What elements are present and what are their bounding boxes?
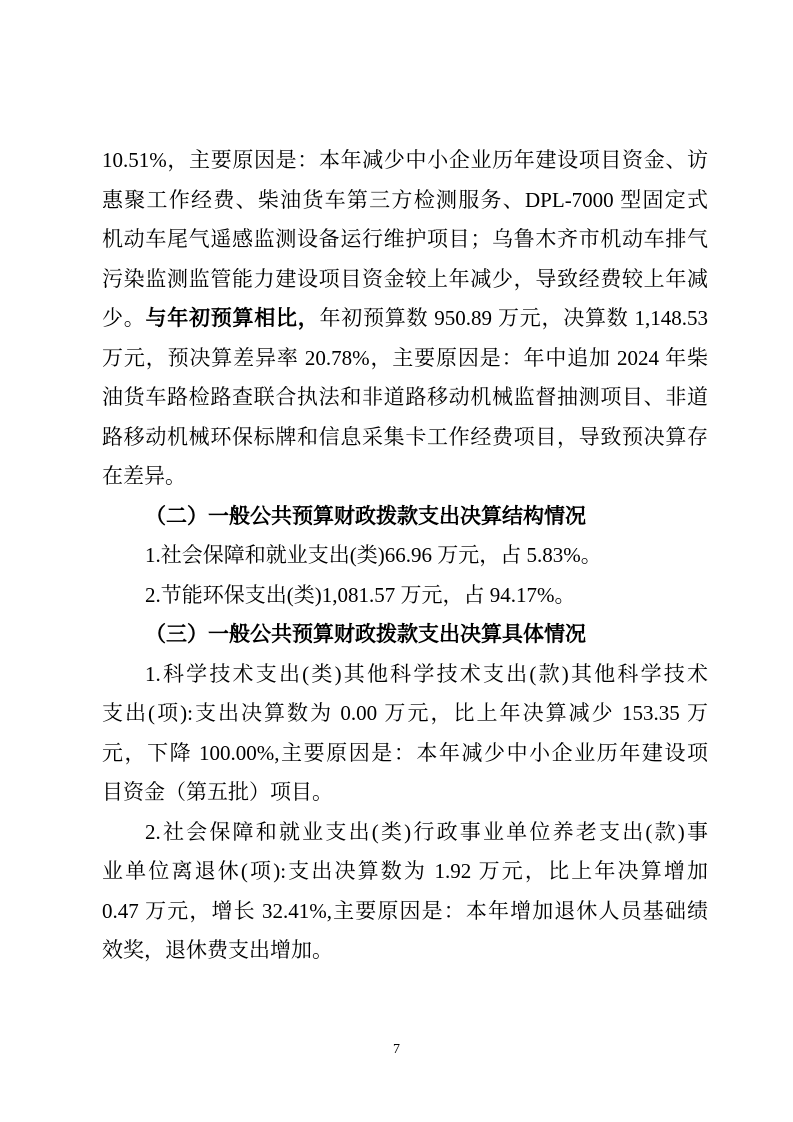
text-segment: 少。 [102,306,146,330]
paragraph-line: 油货车路检路查联合执法和非道路移动机械监督抽测项目、非道 [102,378,708,418]
paragraph-line: 在差异。 [102,457,708,497]
paragraph-line: 0.47 万元，增长 32.41%,主要原因是：本年增加退休人员基础绩 [102,892,708,932]
paragraph-line: 污染监测监管能力建设项目资金较上年减少，导致经费较上年减 [102,260,708,300]
text-segment: 年初预算数 950.89 万元，决算数 1,148.53 [320,306,709,330]
paragraph-line: 目资金（第五批）项目。 [102,773,708,813]
paragraph-line: 机动车尾气遥感监测设备运行维护项目；乌鲁木齐市机动车排气 [102,220,708,260]
list-item-2: 2.节能环保支出(类)1,081.57 万元，占 94.17%。 [102,576,708,616]
bold-text-segment: 与年初预算相比， [146,307,320,330]
section-heading-3: （三）一般公共预算财政拨款支出决算具体情况 [102,615,708,655]
paragraph-line: 1.科学技术支出(类)其他科学技术支出(款)其他科学技术 [102,655,708,695]
section-heading-2: （二）一般公共预算财政拨款支出决算结构情况 [102,497,708,537]
paragraph-line: 支出(项):支出决算数为 0.00 万元，比上年决算减少 153.35 万 [102,694,708,734]
paragraph-line: 少。与年初预算相比，年初预算数 950.89 万元，决算数 1,148.53 [102,299,708,339]
page-body-text: 10.51%，主要原因是：本年减少中小企业历年建设项目资金、访 惠聚工作经费、柴… [102,141,708,971]
paragraph-line: 10.51%，主要原因是：本年减少中小企业历年建设项目资金、访 [102,141,708,181]
paragraph-line: 2.社会保障和就业支出(类)行政事业单位养老支出(款)事 [102,813,708,853]
list-item-1: 1.社会保障和就业支出(类)66.96 万元，占 5.83%。 [102,536,708,576]
paragraph-line: 惠聚工作经费、柴油货车第三方检测服务、DPL-7000 型固定式 [102,181,708,221]
paragraph-line: 万元，预决算差异率 20.78%，主要原因是：年中追加 2024 年柴 [102,339,708,379]
document-page: 10.51%，主要原因是：本年减少中小企业历年建设项目资金、访 惠聚工作经费、柴… [0,0,793,1122]
paragraph-line: 效奖，退休费支出增加。 [102,931,708,971]
paragraph-line: 路移动机械环保标牌和信息采集卡工作经费项目，导致预决算存 [102,418,708,458]
page-number: 7 [0,1040,793,1060]
paragraph-line: 元，下降 100.00%,主要原因是：本年减少中小企业历年建设项 [102,734,708,774]
paragraph-line: 业单位离退休(项):支出决算数为 1.92 万元，比上年决算增加 [102,852,708,892]
